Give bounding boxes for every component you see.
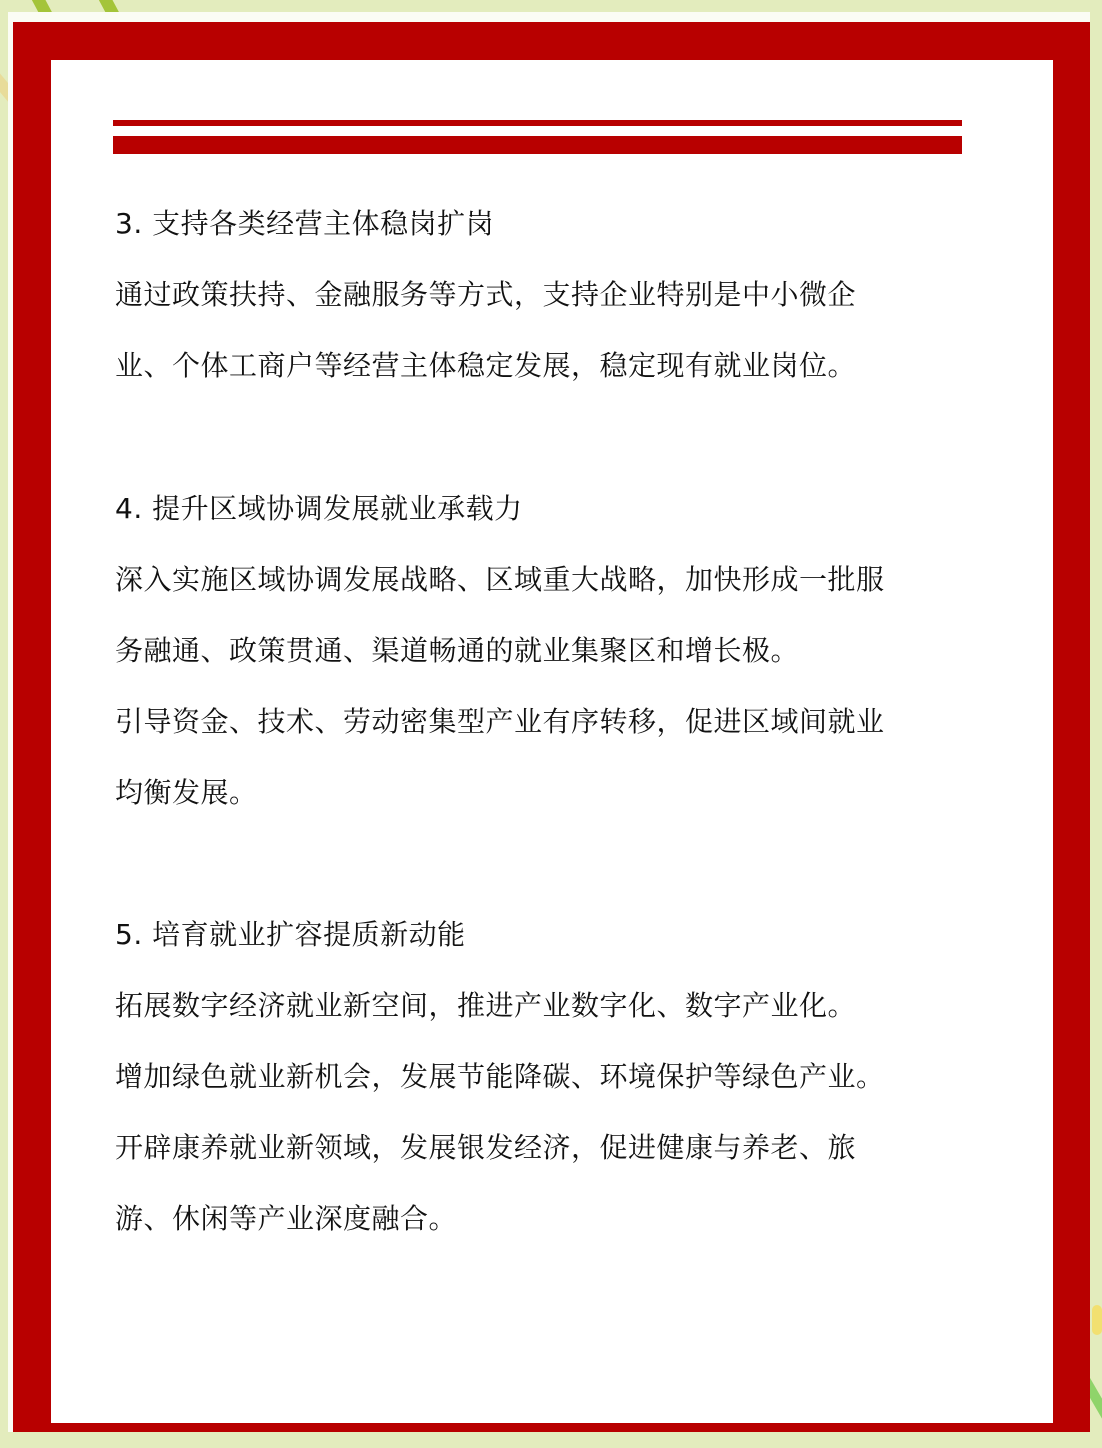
section-heading: 5. 培育就业扩容提质新动能 [115,915,466,955]
paragraph-line: 务融通、政策贯通、渠道畅通的就业集聚区和增长极。 [115,631,799,671]
paragraph-line: 增加绿色就业新机会，发展节能降碳、环境保护等绿色产业。 [115,1057,885,1097]
header-rule-thick [113,136,962,154]
background-grass-stroke [1092,1305,1102,1335]
paragraph-line: 业、个体工商户等经营主体稳定发展，稳定现有就业岗位。 [115,346,856,386]
section-heading: 3. 支持各类经营主体稳岗扩岗 [115,204,494,244]
paragraph-line: 深入实施区域协调发展战略、区域重大战略，加快形成一批服 [115,560,885,600]
paragraph-line: 引导资金、技术、劳动密集型产业有序转移，促进区域间就业 [115,702,885,742]
section-heading: 4. 提升区域协调发展就业承载力 [115,489,523,529]
header-rule-thin [113,120,962,126]
paragraph-line: 开辟康养就业新领域，发展银发经济，促进健康与养老、旅 [115,1128,856,1168]
paragraph-line: 拓展数字经济就业新空间，推进产业数字化、数字产业化。 [115,986,856,1026]
paragraph-line: 通过政策扶持、金融服务等方式，支持企业特别是中小微企 [115,275,856,315]
paragraph-line: 均衡发展。 [115,773,258,813]
paragraph-line: 游、休闲等产业深度融合。 [115,1199,457,1239]
